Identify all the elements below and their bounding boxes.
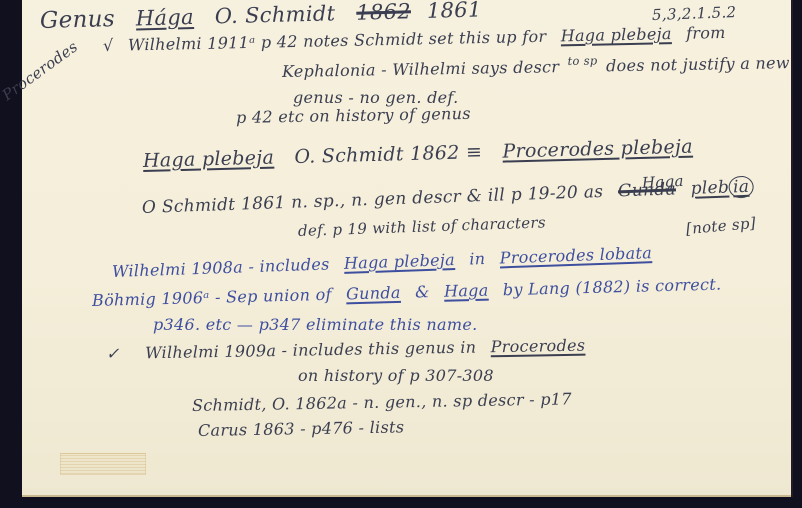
epithet-stem: pleb — [690, 178, 729, 199]
bohmig-genus1: Gunda — [346, 283, 401, 303]
year-struck-out: 1862 — [356, 0, 411, 25]
genus-author: O. Schmidt — [215, 1, 336, 28]
circled-letters: ia — [729, 176, 754, 199]
line2-post: does not justify a new — [606, 53, 790, 75]
year-corrected: 1861 — [427, 0, 482, 23]
wilhelmi-1908-mid: in — [469, 249, 486, 269]
check-mark-icon: ✓ — [106, 344, 120, 363]
genus-name: Hága — [136, 5, 195, 31]
carus-1863-citation: Carus 1863 - p476 - lists — [198, 417, 405, 440]
heading-name1: Haga plebeja — [143, 147, 275, 172]
catalog-number: 5,3,2.1.5.2 — [652, 3, 737, 24]
faded-stamp — [60, 453, 146, 475]
inserted-note: to sp — [567, 54, 597, 69]
bohmig-amp: & — [415, 282, 430, 301]
check-mark-icon: √ — [103, 36, 114, 55]
bohmig-1906-line2: p346. etc — p347 eliminate this name. — [153, 315, 478, 334]
struck-genus-name: Gunda — [618, 179, 677, 201]
wilhelmi-1911-text-end: from — [686, 23, 726, 43]
bohmig-genus2: Haga — [444, 281, 489, 301]
species-name-underlined: Haga plebeja — [561, 24, 672, 45]
species-epithet: plebia — [690, 176, 753, 199]
genus-label: Genus — [40, 6, 116, 34]
wilhelmi-1908-species: Haga plebeja — [344, 250, 456, 273]
wilhelmi-1909-genus: Procerodes — [490, 336, 585, 357]
wilhelmi-1909-line2: on history of p 307-308 — [298, 366, 494, 385]
